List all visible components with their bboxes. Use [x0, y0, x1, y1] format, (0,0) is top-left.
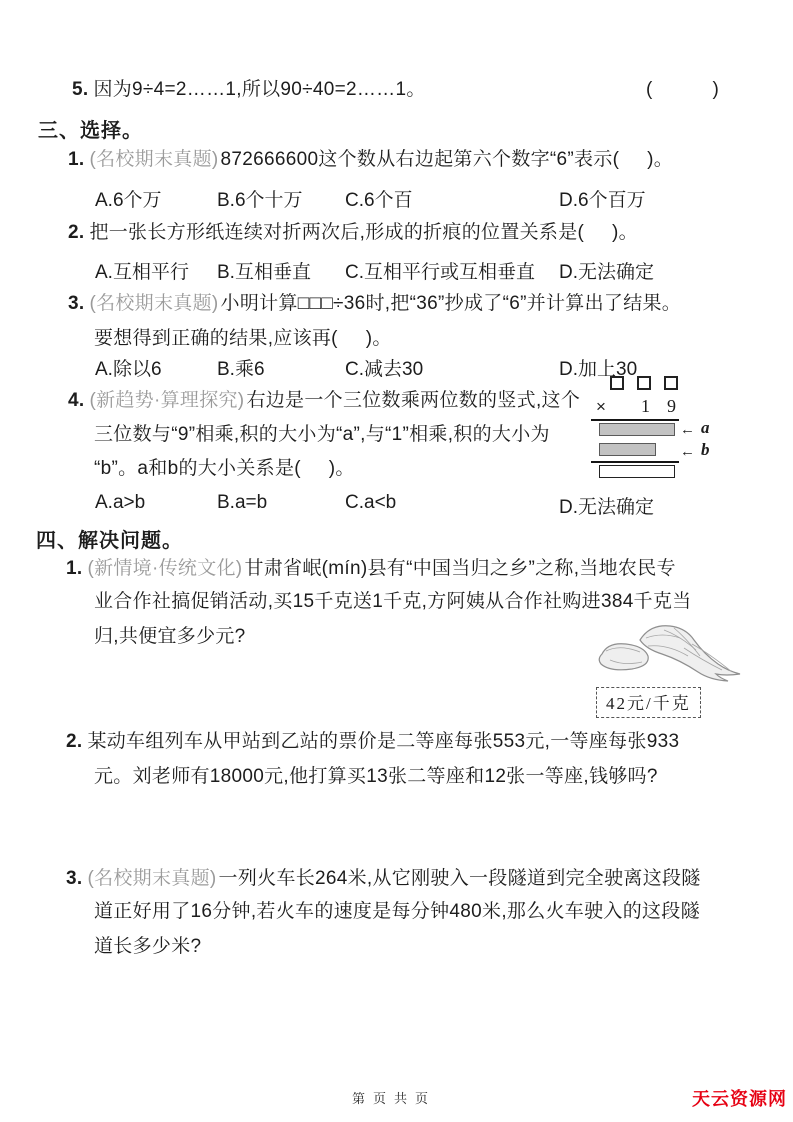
choice-q4-line1: 4.(新趋势·算理探究)右边是一个三位数乘两位数的竖式,这个	[68, 389, 580, 412]
partial-product-a-bar	[599, 423, 675, 436]
question-text: 某动车组列车从甲站到乙站的票价是二等座每张553元,一等座每张933	[87, 731, 679, 752]
question-text: 一列火车长264米,从它刚驶入一段隧道到完全驶离这段隧	[219, 868, 701, 889]
multiplication-diagram: × 1 9 ← a ← b	[591, 372, 793, 480]
worksheet-page: 5.因为9÷4=2……1,所以90÷40=2……1。 ( ) 三、选择。 1.(…	[0, 0, 793, 1122]
question-text: 872666600这个数从右边起第六个数字“6”表示( )。	[221, 149, 674, 170]
rule-line	[591, 419, 679, 421]
choice-q1-line1: 1.(名校期末真题)872666600这个数从右边起第六个数字“6”表示( )。	[68, 148, 673, 171]
option-c: C.互相平行或互相垂直	[345, 257, 535, 284]
option-d: D.无法确定	[559, 257, 654, 284]
question-text: 因为9÷4=2……1,所以90÷40=2……1。	[93, 79, 425, 100]
section-choice-heading: 三、选择。	[38, 114, 143, 143]
option-a: A.除以6	[95, 354, 162, 381]
arrow-left-icon: ←	[680, 444, 695, 459]
question-tag: (名校期末真题)	[89, 293, 218, 314]
choice-q1-options: A.6个万 B.6个十万 C.6个百 D.6个百万	[95, 185, 765, 209]
section-solve-heading: 四、解决问题。	[36, 524, 183, 553]
question-tag: (名校期末真题)	[87, 868, 216, 889]
judge-question-5: 5.因为9÷4=2……1,所以90÷40=2……1。	[72, 78, 426, 101]
label-b: b	[701, 441, 710, 458]
question-number: 5.	[72, 79, 88, 100]
price-label: 42元/千克	[596, 687, 701, 718]
multiplier-tens-digit: 1	[641, 397, 650, 415]
question-number: 1.	[68, 149, 84, 170]
solve-q2-line2: 元。刘老师有18000元,他打算买13张二等座和12张一等座,钱够吗?	[94, 765, 658, 788]
option-b: B.a=b	[217, 492, 267, 514]
option-b: B.6个十万	[217, 185, 303, 212]
option-c: C.6个百	[345, 185, 413, 212]
solve-q2-line1: 2.某动车组列车从甲站到乙站的票价是二等座每张553元,一等座每张933	[66, 730, 679, 753]
solve-q1-line1: 1.(新情境·传统文化)甘肃省岷(mín)县有“中国当归之乡”之称,当地农民专	[66, 557, 676, 580]
solve-q3-line1: 3.(名校期末真题)一列火车长264米,从它刚驶入一段隧道到完全驶离这段隧	[66, 867, 701, 890]
option-c: C.a<b	[345, 492, 396, 514]
question-tag: (名校期末真题)	[89, 149, 218, 170]
question-tag: (新趋势·算理探究)	[89, 390, 244, 411]
option-a: A.6个万	[95, 185, 162, 212]
arrow-left-icon: ←	[680, 422, 695, 437]
question-tag: (新情境·传统文化)	[87, 558, 242, 579]
option-a: A.互相平行	[95, 257, 189, 284]
multiplier-ones-digit: 9	[667, 397, 676, 415]
choice-q2-options: A.互相平行 B.互相垂直 C.互相平行或互相垂直 D.无法确定	[95, 257, 765, 281]
solve-q1-line2: 业合作社搞促销活动,买15千克送1千克,方阿姨从合作社购进384千克当	[94, 590, 691, 613]
watermark: 天云资源网	[692, 1085, 787, 1111]
option-b: B.互相垂直	[217, 257, 311, 284]
solve-q1-line3: 归,共便宜多少元?	[94, 625, 246, 648]
question-text: 把一张长方形纸连续对折两次后,形成的折痕的位置关系是( )。	[89, 222, 638, 243]
question-number: 3.	[68, 293, 84, 314]
choice-q4-line2: 三位数与“9”相乘,积的大小为“a”,与“1”相乘,积的大小为	[94, 423, 550, 446]
choice-q4-line3: “b”。a和b的大小关系是( )。	[94, 457, 355, 480]
herb-illustration	[588, 614, 748, 688]
partial-product-b-bar	[599, 443, 656, 456]
choice-q3-line1: 3.(名校期末真题)小明计算□□□÷36时,把“36”抄成了“6”并计算出了结果…	[68, 292, 681, 315]
question-number: 3.	[66, 868, 82, 889]
sum-bar	[599, 465, 675, 478]
question-text: 甘肃省岷(mín)县有“中国当归之乡”之称,当地农民专	[244, 558, 675, 579]
digit-box	[664, 376, 678, 390]
digit-box	[610, 376, 624, 390]
page-footer: 第页共页	[352, 1088, 436, 1107]
answer-blank: ( )	[646, 78, 721, 101]
option-a: A.a>b	[95, 492, 145, 514]
solve-q3-line2: 道正好用了16分钟,若火车的速度是每分钟480米,那么火车驶入的这段隧	[94, 900, 700, 923]
question-number: 1.	[66, 558, 82, 579]
option-c: C.减去30	[345, 354, 423, 381]
rule-line	[591, 461, 679, 463]
digit-box	[637, 376, 651, 390]
choice-q2-line1: 2.把一张长方形纸连续对折两次后,形成的折痕的位置关系是( )。	[68, 221, 638, 244]
question-number: 2.	[66, 731, 82, 752]
option-b: B.乘6	[217, 354, 265, 381]
multiply-sign: ×	[596, 398, 606, 415]
label-a: a	[701, 419, 710, 436]
option-d: D.无法确定	[559, 492, 654, 519]
option-d: D.6个百万	[559, 185, 646, 212]
question-number: 4.	[68, 390, 84, 411]
choice-q3-line2: 要想得到正确的结果,应该再( )。	[94, 327, 392, 350]
choice-q4-options: A.a>b B.a=b C.a<b D.无法确定	[95, 492, 765, 516]
solve-q3-line3: 道长多少米?	[94, 935, 201, 958]
question-text: 右边是一个三位数乘两位数的竖式,这个	[246, 390, 580, 411]
question-number: 2.	[68, 222, 84, 243]
question-text: 小明计算□□□÷36时,把“36”抄成了“6”并计算出了结果。	[221, 293, 682, 314]
